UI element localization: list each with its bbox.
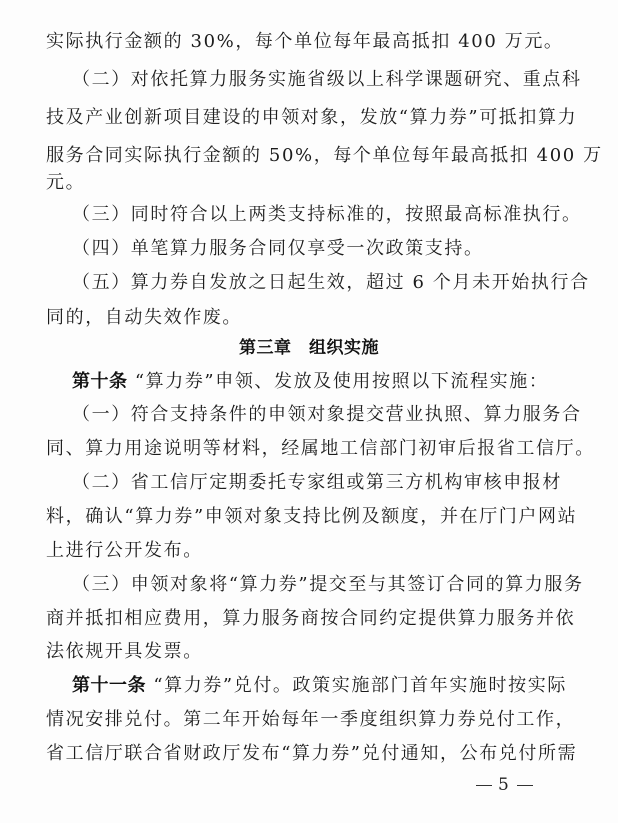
text-line: （一）符合支持条件的申领对象提交营业执照、算力服务合 bbox=[72, 403, 572, 427]
article-10: 第十条 “算力券”申领、发放及使用按照以下流程实施： bbox=[72, 370, 572, 394]
text-line: （三）同时符合以上两类支持标准的，按照最高标准执行。 bbox=[72, 203, 572, 227]
text-line: 同、算力用途说明等材料，经属地工信部门初审后报省工信厅。 bbox=[46, 437, 546, 461]
article-text: “算力券”申领、发放及使用按照以下流程实施： bbox=[135, 371, 549, 392]
text-line: 省工信厅联合省财政厅发布“算力券”兑付通知，公布兑付所需 bbox=[46, 742, 546, 766]
article-title: 第十一条 bbox=[72, 675, 146, 696]
dash-left bbox=[476, 785, 492, 786]
text-line: （五）算力券自发放之日起生效，超过 6 个月未开始执行合 bbox=[72, 271, 572, 295]
text-line: 法依规开具发票。 bbox=[46, 640, 546, 664]
document-page: 实际执行金额的 30%，每个单位每年最高抵扣 400 万元。 （二）对依托算力服… bbox=[0, 0, 618, 823]
text-line: 元。 bbox=[46, 171, 546, 195]
page-number-value: 5 bbox=[498, 775, 511, 795]
text-line: 上进行公开发布。 bbox=[46, 539, 546, 563]
chapter-heading: 第三章 组织实施 bbox=[0, 336, 618, 360]
article-text: “算力券”兑付。政策实施部门首年实施时按实际 bbox=[153, 675, 567, 696]
text-line: 同的，自动失效作废。 bbox=[46, 306, 546, 330]
article-title: 第十条 bbox=[72, 371, 128, 392]
text-line: 实际执行金额的 30%，每个单位每年最高抵扣 400 万元。 bbox=[46, 30, 546, 54]
text-line: （四）单笔算力服务合同仅享受一次政策支持。 bbox=[72, 237, 572, 261]
text-line: （三）申领对象将“算力券”提交至与其签订合同的算力服务 bbox=[72, 573, 572, 597]
text-line: 情况安排兑付。第二年开始每年一季度组织算力券兑付工作， bbox=[46, 708, 546, 732]
text-line: 商并抵扣相应费用，算力服务商按合同约定提供算力服务并依 bbox=[46, 607, 546, 631]
text-line: 料，确认“算力券”申领对象支持比例及额度，并在厅门户网站 bbox=[46, 505, 546, 529]
dash-right bbox=[517, 785, 533, 786]
text-line: （二）对依托算力服务实施省级以上科学课题研究、重点科 bbox=[72, 68, 572, 92]
text-line: 服务合同实际执行金额的 50%，每个单位每年最高抵扣 400 万 bbox=[46, 144, 546, 168]
text-line: 技及产业创新项目建设的申领对象，发放“算力券”可抵扣算力 bbox=[46, 106, 546, 130]
page-number: 5 bbox=[470, 775, 539, 795]
text-line: （二）省工信厅定期委托专家组或第三方机构审核申报材 bbox=[72, 471, 572, 495]
article-11: 第十一条 “算力券”兑付。政策实施部门首年实施时按实际 bbox=[72, 674, 572, 698]
